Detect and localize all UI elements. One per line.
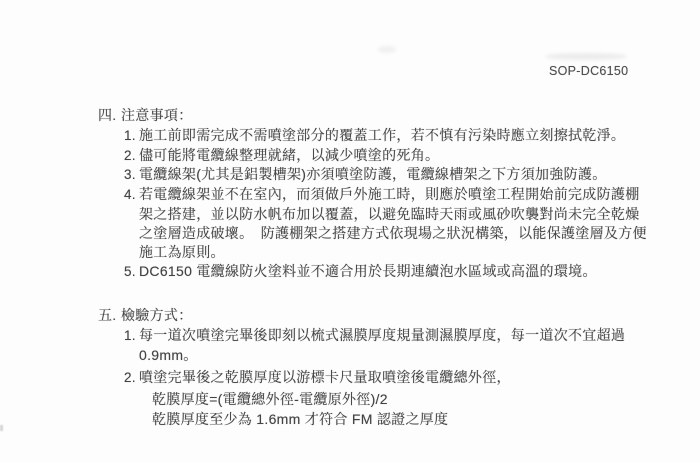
item-text: DC6150 電纜線防火塗料並不適合用於長期連續泡水區域或高溫的環境。 (139, 263, 597, 279)
formula-line: 乾膜厚度=(電纜總外徑-電纜原外徑)/2 (152, 390, 388, 408)
item-text: 若電纜線架並不在室內，而須做戶外施工時，則應於噴塗工程開始前完成防護棚 (139, 186, 640, 202)
list-item: 1.施工前即需完成不需噴塗部分的覆蓋工作，若不慎有污染時應立刻擦拭乾淨。 (124, 126, 625, 145)
item-continuation-line: 之塗層造成破壞。 防護棚架之搭建方式依現場之狀況構築，以能保護塗層及方便 (139, 224, 647, 242)
formula-line: 乾膜厚度至少為 1.6mm 才符合 FM 認證之厚度 (152, 410, 448, 428)
scan-smudge (545, 53, 627, 60)
item-number: 1. (124, 127, 139, 145)
list-item: 1.每一道次噴塗完畢後即刻以梳式濕膜厚度規量測濕膜厚度，每一道次不宜超過 (124, 326, 625, 345)
item-text: 施工前即需完成不需噴塗部分的覆蓋工作，若不慎有污染時應立刻擦拭乾淨。 (139, 127, 625, 143)
list-item: 5.DC6150 電纜線防火塗料並不適合用於長期連續泡水區域或高溫的環境。 (124, 262, 597, 281)
section-heading-inspection: 五.檢驗方式： (98, 305, 193, 325)
section-number: 五. (98, 305, 121, 325)
scan-edge-artifact (0, 425, 3, 431)
section-heading-notes: 四.注意事項： (98, 105, 193, 125)
item-number: 5. (124, 263, 139, 281)
list-item: 2.儘可能將電纜線整理就緒，以減少噴塗的死角。 (124, 146, 439, 165)
item-continuation-line: 0.9mm。 (139, 346, 198, 364)
item-text: 每一道次噴塗完畢後即刻以梳式濕膜厚度規量測濕膜厚度，每一道次不宜超過 (139, 327, 625, 343)
doc-code: SOP-DC6150 (549, 64, 628, 78)
item-continuation-line: 架之搭建，並以防水帆布加以覆蓋，以避免臨時天雨或風砂吹襲對尚未完全乾燥 (139, 205, 640, 223)
list-item: 4.若電纜線架並不在室內，而須做戶外施工時，則應於噴塗工程開始前完成防護棚 (124, 185, 640, 204)
list-item: 2.噴塗完畢後之乾膜厚度以游標卡尺量取噴塗後電纜總外徑， (124, 368, 511, 387)
item-number: 4. (124, 186, 139, 204)
list-item: 3.電纜線架(尤其是鋁製槽架)亦須噴塗防護，電纜線槽架之下方須加強防護。 (124, 165, 607, 184)
item-text: 噴塗完畢後之乾膜厚度以游標卡尺量取噴塗後電纜總外徑， (139, 369, 511, 385)
item-number: 2. (124, 369, 139, 387)
scanned-document-page: SOP-DC6150 四.注意事項： 1.施工前即需完成不需噴塗部分的覆蓋工作，… (0, 0, 700, 462)
section-number: 四. (98, 105, 121, 125)
item-number: 3. (124, 166, 139, 184)
section-title: 注意事項： (121, 107, 193, 123)
item-text: 儘可能將電纜線整理就緒，以減少噴塗的死角。 (139, 147, 439, 163)
item-number: 1. (124, 327, 139, 345)
section-title: 檢驗方式： (121, 307, 193, 323)
item-text: 電纜線架(尤其是鋁製槽架)亦須噴塗防護，電纜線槽架之下方須加強防護。 (139, 166, 607, 182)
item-number: 2. (124, 147, 139, 165)
scan-smudge (378, 46, 396, 53)
item-continuation-line: 施工為原則。 (139, 243, 225, 261)
